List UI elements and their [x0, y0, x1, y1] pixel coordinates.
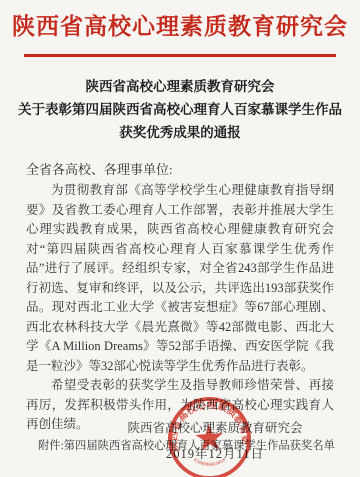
salutation: 全省各高校、各理事单位: — [26, 160, 334, 179]
document-title-line1: 陕西省高校心理素质教育研究会 — [0, 75, 360, 98]
letterhead-org-name: 陕西省高校心理素质教育研究会 — [0, 0, 360, 43]
document-title-line3: 获奖优秀成果的通报 — [0, 121, 360, 144]
seal-star-icon — [195, 423, 224, 451]
official-seal-icon: 陕西省高校心理素质教育研究会 0100000663854 — [164, 393, 255, 477]
letterhead-divider — [24, 54, 336, 57]
document-page: 陕西省高校心理素质教育研究会 陕西省高校心理素质教育研究会 关于表彰第四届陕西省… — [0, 0, 360, 477]
document-title: 陕西省高校心理素质教育研究会 关于表彰第四届陕西省高校心理育人百家慕课学生作品 … — [0, 75, 360, 144]
document-body: 为贯彻教育部《高等学校学生心理健康教育指导纲要》及省教工委心理育人工作部署，表彰… — [26, 181, 334, 435]
document-title-line2: 关于表彰第四届陕西省高校心理育人百家慕课学生作品 — [0, 98, 360, 121]
body-paragraph-1: 为贯彻教育部《高等学校学生心理健康教育指导纲要》及省教工委心理育人工作部署，表彰… — [26, 181, 334, 376]
svg-text:0100000663854: 0100000663854 — [192, 455, 227, 469]
seal-number: 0100000663854 — [192, 455, 227, 469]
